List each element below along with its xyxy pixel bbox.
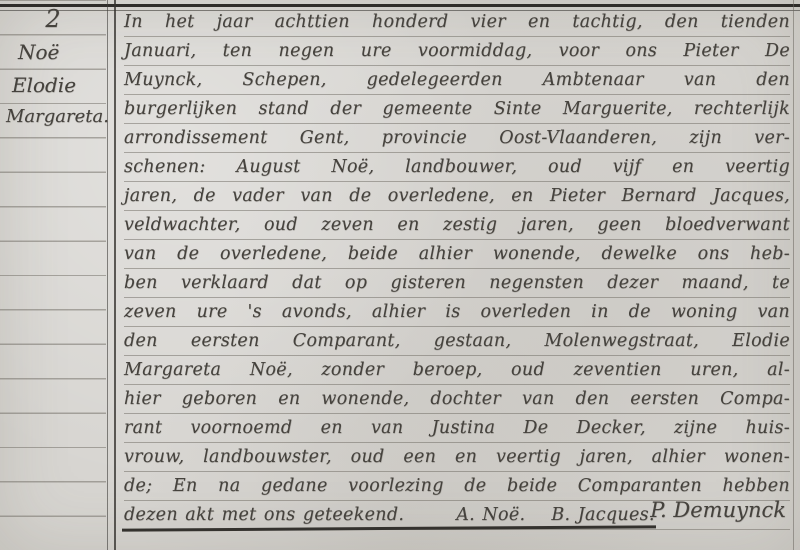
entry-number: 2 (0, 5, 106, 33)
deceased-given-name-2: Margareta. (6, 105, 109, 129)
record-line: burgerlijken stand der gemeente Sinte Ma… (124, 95, 790, 124)
signature-declarant-1: A. Noë. (456, 501, 525, 529)
top-border-rule (0, 4, 800, 7)
margin-divider-line-inner (114, 0, 116, 550)
record-line: Margareta Noë, zonder beroep, oud zevent… (124, 356, 790, 385)
record-line: van de overledene, beide alhier wonende,… (124, 240, 790, 269)
record-line: schenen: August Noë, landbouwer, oud vij… (124, 153, 790, 182)
record-body: In het jaar achttien honderd vier en tac… (124, 8, 790, 530)
record-line: arrondissement Gent, provincie Oost-Vlaa… (124, 124, 790, 153)
record-line: In het jaar achttien honderd vier en tac… (124, 8, 790, 37)
record-line: hier geboren en wonende, dochter van den… (124, 385, 790, 414)
record-line: Muynck, Schepen, gedelegeerden Ambtenaar… (124, 66, 790, 95)
record-line: zeven ure 's avonds, alhier is overleden… (124, 298, 790, 327)
record-line: den eersten Comparant, gestaan, Molenweg… (124, 327, 790, 356)
margin-column: 2 Noë Elodie Margareta. (0, 0, 106, 550)
record-line: ben verklaard dat op gisteren negensten … (124, 269, 790, 298)
margin-divider-line-outer (107, 0, 108, 550)
record-line: veldwachter, oud zeven en zestig jaren, … (124, 211, 790, 240)
record-line: rant voornoemd en van Justina De Decker,… (124, 414, 790, 443)
signature-official: P. Demuynck (650, 497, 786, 523)
right-edge-rule (793, 0, 794, 550)
record-line: vrouw, landbouwster, oud een en veertig … (124, 443, 790, 472)
record-line: jaren, de vader van de overledene, en Pi… (124, 182, 790, 211)
death-record-scan: 2 Noë Elodie Margareta. In het jaar acht… (0, 0, 800, 550)
deceased-surname: Noë (18, 40, 59, 64)
deceased-given-name-1: Elodie (12, 73, 76, 97)
closing-text: dezen akt met ons geteekend. (124, 501, 404, 529)
record-line: Januari, ten negen ure voormiddag, voor … (124, 37, 790, 66)
